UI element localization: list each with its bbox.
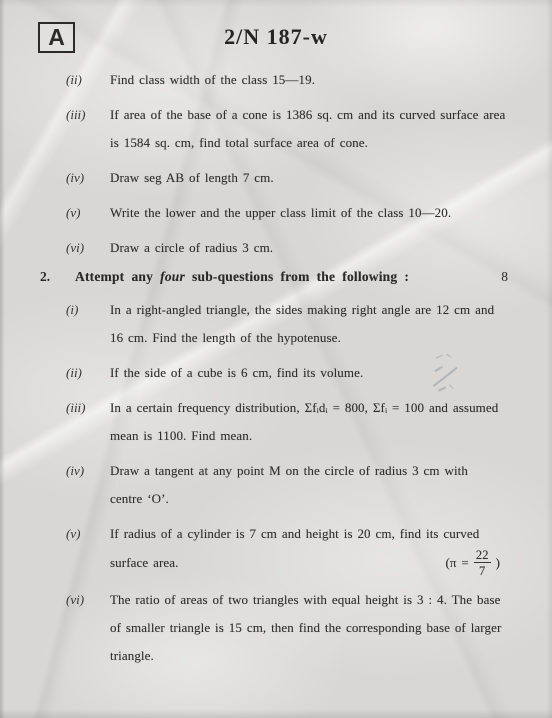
exam-paper-scan: A 2/N 187-w (ii) Find class width of the…	[0, 0, 552, 718]
item-line: mean is 1100. Find mean.	[110, 422, 538, 450]
instruction-emphasis: four	[160, 269, 185, 284]
item-line: Write the lower and the upper class limi…	[110, 199, 538, 227]
item-line: Draw seg AB of length 7 cm.	[110, 164, 538, 192]
item-line: If area of the base of a cone is 1386 sq…	[110, 101, 538, 129]
instruction-post: sub-questions from the following :	[185, 269, 409, 284]
corner-label-box: A	[38, 22, 75, 53]
pi-note-open: (π =	[445, 549, 468, 577]
q2-subquestion-v: (v) If radius of a cylinder is 7 cm and …	[66, 520, 538, 579]
item-line: Draw a circle of radius 3 cm.	[110, 234, 538, 262]
q1-subquestion-iii: (iii) If area of the base of a cone is 1…	[66, 101, 538, 157]
item-line: In a certain frequency distribution, Σfᵢ…	[110, 394, 538, 422]
marks-value: 8	[501, 269, 538, 285]
item-marker: (v)	[66, 520, 110, 579]
item-line: The ratio of areas of two triangles with…	[110, 586, 538, 614]
item-marker: (v)	[66, 199, 110, 227]
question-2-heading: 2. Attempt any four sub-questions from t…	[40, 269, 538, 285]
instruction-pre: Attempt any	[75, 269, 160, 284]
q2-subquestion-iii: (iii) In a certain frequency distributio…	[66, 394, 538, 450]
pi-note-close: )	[496, 549, 500, 577]
pi-value-note: (π = 22 7 )	[445, 548, 500, 579]
item-line: In a right-angled triangle, the sides ma…	[110, 296, 538, 324]
item-line: of smaller triangle is 15 cm, then find …	[110, 614, 538, 642]
item-marker: (vi)	[66, 234, 110, 262]
q2-subquestion-vi: (vi) The ratio of areas of two triangles…	[66, 586, 538, 670]
q2-subquestion-iv: (iv) Draw a tangent at any point M on th…	[66, 457, 538, 513]
q2-subquestion-i: (i) In a right-angled triangle, the side…	[66, 296, 538, 352]
fraction-denominator: 7	[474, 563, 491, 578]
paper-content: (ii) Find class width of the class 15—19…	[0, 62, 552, 670]
item-line: centre ‘O’.	[110, 485, 538, 513]
item-marker: (iv)	[66, 164, 110, 192]
question-2-instruction: Attempt any four sub-questions from the …	[75, 269, 409, 285]
item-line: is 1584 sq. cm, find total surface area …	[110, 129, 538, 157]
item-marker: (i)	[66, 296, 110, 352]
item-marker: (iii)	[66, 101, 110, 157]
item-line-text: surface area.	[110, 549, 178, 577]
item-line: triangle.	[110, 642, 538, 670]
item-marker: (iv)	[66, 457, 110, 513]
fraction-22-over-7: 22 7	[474, 548, 491, 579]
q1-subquestion-vi: (vi) Draw a circle of radius 3 cm.	[66, 234, 538, 262]
item-marker: (ii)	[66, 66, 110, 94]
q1-subquestion-iv: (iv) Draw seg AB of length 7 cm.	[66, 164, 538, 192]
question-number: 2.	[40, 269, 75, 285]
q2-subquestion-ii: (ii) If the side of a cube is 6 cm, find…	[66, 359, 538, 387]
fraction-numerator: 22	[474, 548, 491, 563]
paper-header: A 2/N 187-w	[0, 0, 552, 62]
paper-title: 2/N 187-w	[0, 0, 552, 50]
item-line: If the side of a cube is 6 cm, find its …	[110, 359, 538, 387]
q1-subquestion-ii: (ii) Find class width of the class 15—19…	[66, 66, 538, 94]
item-line: surface area. (π = 22 7 )	[110, 548, 538, 579]
item-line: Find class width of the class 15—19.	[110, 66, 538, 94]
q1-subquestion-v: (v) Write the lower and the upper class …	[66, 199, 538, 227]
item-marker: (vi)	[66, 586, 110, 670]
item-line: If radius of a cylinder is 7 cm and heig…	[110, 520, 538, 548]
item-line: 16 cm. Find the length of the hypotenuse…	[110, 324, 538, 352]
corner-label: A	[48, 24, 65, 51]
item-marker: (ii)	[66, 359, 110, 387]
item-line: Draw a tangent at any point M on the cir…	[110, 457, 538, 485]
item-marker: (iii)	[66, 394, 110, 450]
